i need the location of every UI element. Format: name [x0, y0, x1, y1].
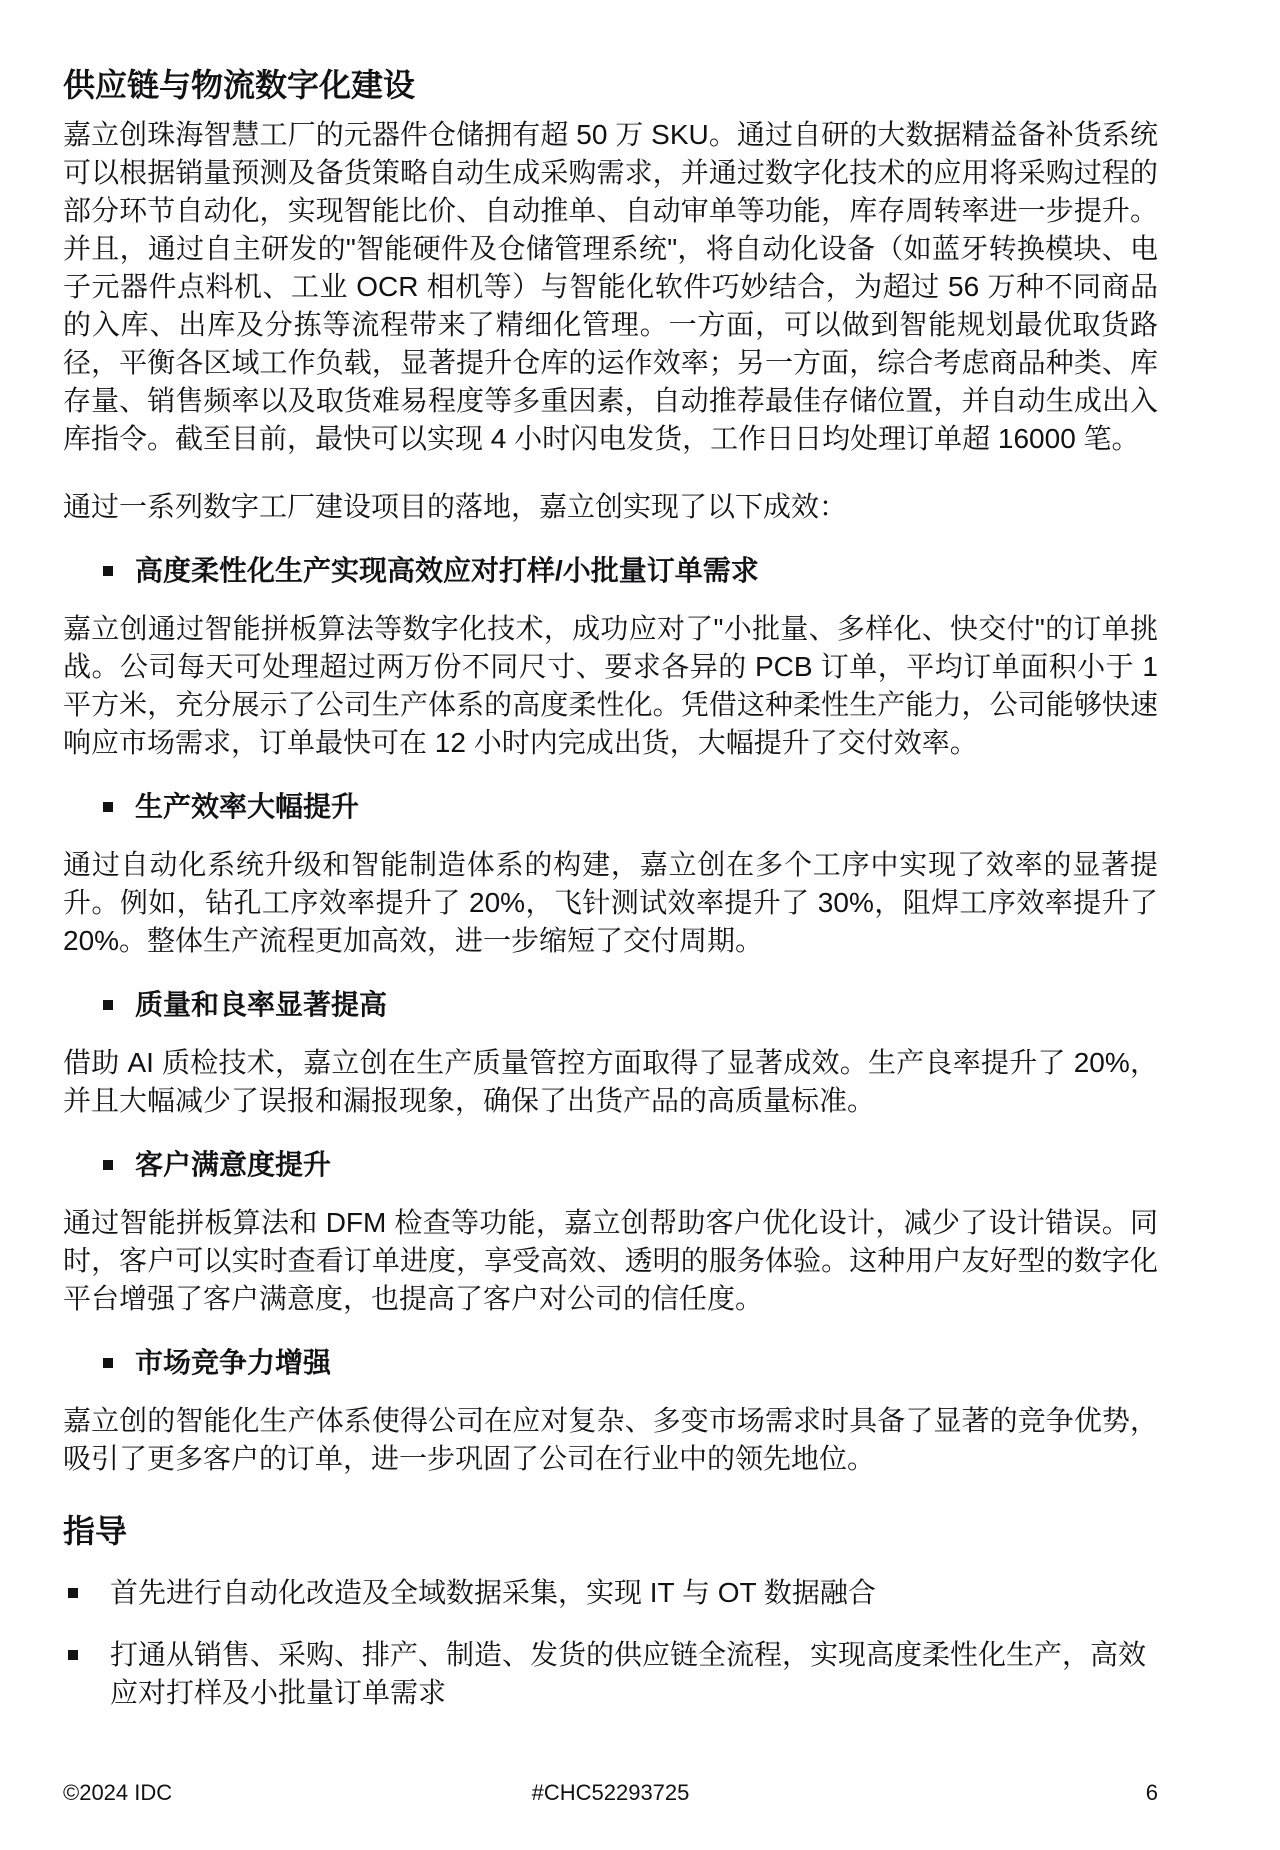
result-heading-row: 质量和良率显著提高: [63, 986, 1158, 1024]
document-page: 供应链与物流数字化建设 嘉立创珠海智慧工厂的元器件仓储拥有超 50 万 SKU。…: [0, 0, 1280, 1850]
result-heading-row: 市场竞争力增强: [63, 1344, 1158, 1382]
bullet-square-icon: [103, 1000, 113, 1010]
result-heading: 质量和良率显著提高: [135, 986, 387, 1024]
result-body: 嘉立创通过智能拼板算法等数字化技术，成功应对了"小批量、多样化、快交付"的订单挑…: [63, 610, 1158, 762]
bullet-square-icon: [103, 802, 113, 812]
bullet-square-icon: [68, 1588, 78, 1598]
result-body: 借助 AI 质检技术，嘉立创在生产质量管控方面取得了显著成效。生产良率提升了 2…: [63, 1044, 1158, 1120]
result-heading: 高度柔性化生产实现高效应对打样/小批量订单需求: [135, 552, 759, 590]
result-body: 通过智能拼板算法和 DFM 检查等功能，嘉立创帮助客户优化设计，减少了设计错误。…: [63, 1204, 1158, 1318]
result-heading: 市场竞争力增强: [135, 1344, 331, 1382]
section-title: 供应链与物流数字化建设: [63, 66, 1158, 104]
result-heading-row: 高度柔性化生产实现高效应对打样/小批量订单需求: [63, 552, 1158, 590]
guidance-title: 指导: [63, 1512, 1158, 1550]
results-lead: 通过一系列数字工厂建设项目的落地，嘉立创实现了以下成效：: [63, 488, 1158, 526]
result-body: 嘉立创的智能化生产体系使得公司在应对复杂、多变市场需求时具备了显著的竞争优势，吸…: [63, 1402, 1158, 1478]
result-body: 通过自动化系统升级和智能制造体系的构建，嘉立创在多个工序中实现了效率的显著提升。…: [63, 846, 1158, 960]
bullet-square-icon: [68, 1650, 78, 1660]
result-heading-row: 客户满意度提升: [63, 1146, 1158, 1184]
bullet-square-icon: [103, 566, 113, 576]
bullet-square-icon: [103, 1358, 113, 1368]
result-heading: 客户满意度提升: [135, 1146, 331, 1184]
footer-copyright: ©2024 IDC: [63, 1780, 172, 1806]
footer-doc-id: #CHC52293725: [532, 1780, 690, 1806]
guidance-item-text: 首先进行自动化改造及全域数据采集，实现 IT 与 OT 数据融合: [110, 1574, 876, 1612]
intro-paragraph: 嘉立创珠海智慧工厂的元器件仓储拥有超 50 万 SKU。通过自研的大数据精益备补…: [63, 116, 1158, 458]
result-heading: 生产效率大幅提升: [135, 788, 359, 826]
bullet-square-icon: [103, 1160, 113, 1170]
guidance-item: 打通从销售、采购、排产、制造、发货的供应链全流程，实现高度柔性化生产，高效应对打…: [63, 1636, 1158, 1712]
guidance-item: 首先进行自动化改造及全域数据采集，实现 IT 与 OT 数据融合: [63, 1574, 1158, 1612]
footer-page-number: 6: [1146, 1780, 1158, 1806]
result-heading-row: 生产效率大幅提升: [63, 788, 1158, 826]
guidance-item-text: 打通从销售、采购、排产、制造、发货的供应链全流程，实现高度柔性化生产，高效应对打…: [110, 1636, 1158, 1712]
